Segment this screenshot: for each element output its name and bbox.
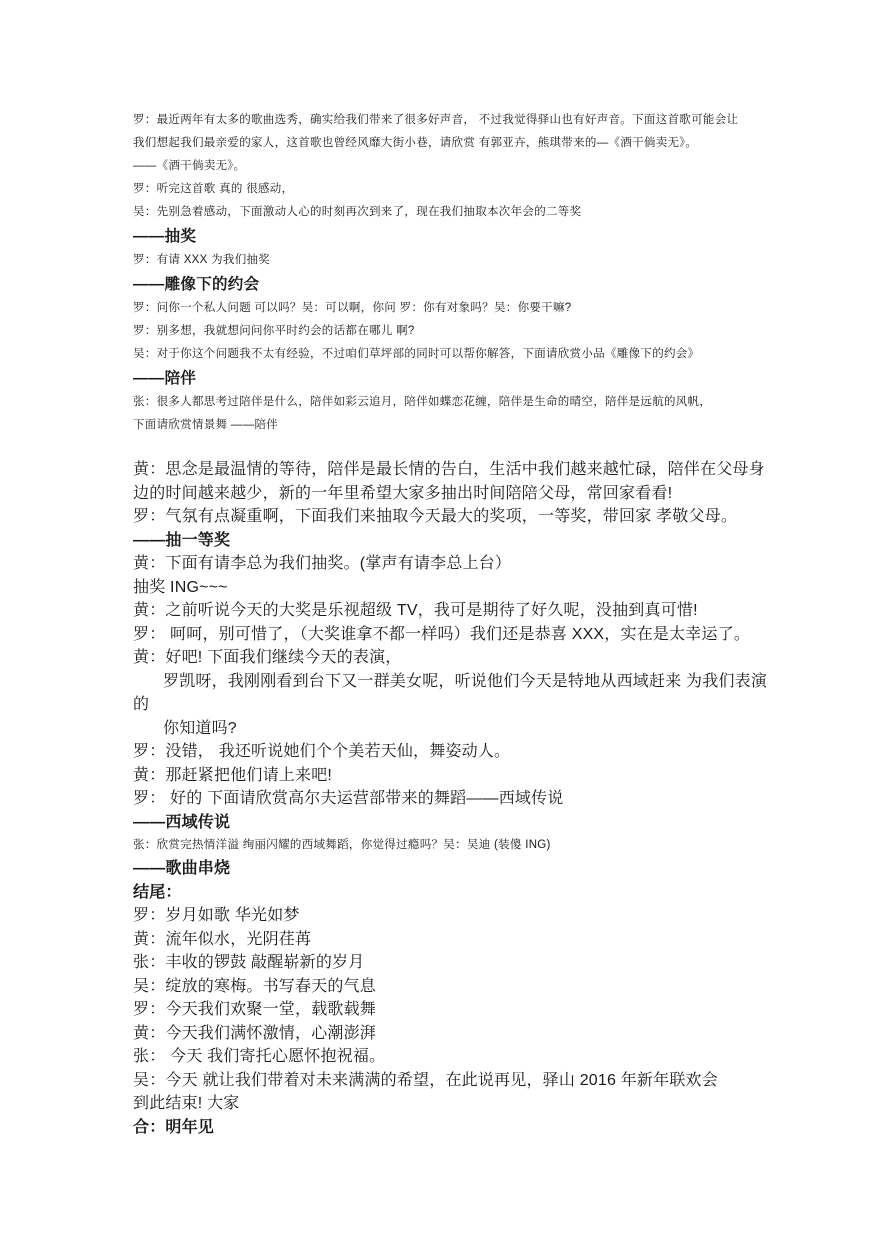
script-line: 吴：绽放的寒梅。书写春天的气息 (133, 975, 833, 999)
script-line: 张：丰收的锣鼓 敲醒崭新的岁月 (133, 951, 833, 975)
script-line: 罗：别多想，我就想问问你平时约会的话都在哪儿 啊? (133, 320, 833, 343)
script-line: 罗： 呵呵，别可惜了，（大奖谁拿不都一样吗）我们还是恭喜 XXX，实在是太幸运了… (133, 623, 833, 647)
script-line: 抽奖 ING~~~ (133, 576, 833, 600)
script-line: 黄：好吧! 下面我们继续今天的表演， (133, 646, 833, 670)
script-heading-line: 合：明年见 (133, 1116, 833, 1140)
script-heading-line: ——雕像下的约会 (133, 272, 833, 297)
script-line: 张： 今天 我们寄托心愿怀抱祝福。 (133, 1045, 833, 1069)
script-line: 罗：最近两年有太多的歌曲选秀，确实给我们带来了很多好声音， 不过我觉得驿山也有好… (133, 109, 833, 132)
script-line: 下面请欣赏情景舞 ——陪伴 (133, 414, 833, 437)
script-heading-line: ——歌曲串烧 (133, 857, 833, 881)
script-line: 的 (133, 693, 833, 717)
script-line: 罗： 好的 下面请欣赏高尔夫运营部带来的舞蹈——西域传说 (133, 787, 833, 811)
script-line: 吴：今天 就让我们带着对未来满满的希望，在此说再见，驿山 2016 年新年联欢会 (133, 1069, 833, 1093)
script-line: 张：很多人都思考过陪伴是什么，陪伴如彩云追月，陪伴如蝶恋花缠，陪伴是生命的晴空，… (133, 391, 833, 414)
script-heading-line: 结尾： (133, 881, 833, 905)
script-line: 罗：今天我们欢聚一堂，载歌载舞 (133, 998, 833, 1022)
script-line: 罗：没错， 我还听说她们个个美若天仙，舞姿动人。 (133, 740, 833, 764)
script-line: 黄：流年似水，光阴荏苒 (133, 928, 833, 952)
script-line: 黄：之前听说今天的大奖是乐视超级 TV，我可是期待了好久呢，没抽到真可惜! (133, 599, 833, 623)
script-line: 黄：那赶紧把他们请上来吧! (133, 764, 833, 788)
script-line: 黄：今天我们满怀激情，心潮澎湃 (133, 1022, 833, 1046)
section-gap (133, 437, 833, 458)
script-line: 到此结束! 大家 (133, 1092, 833, 1116)
script-heading-line: ——抽一等奖 (133, 529, 833, 553)
script-line: 你知道吗? (133, 717, 833, 741)
script-heading-line: ——陪伴 (133, 366, 833, 391)
script-line: 罗：有请 XXX 为我们抽奖 (133, 249, 833, 272)
script-line: 张：欣赏完热情洋溢 绚丽闪耀的西域舞蹈，你觉得过瘾吗？吴：吴迪 (装傻 ING) (133, 834, 833, 857)
script-line: 罗：听完这首歌 真的 很感动， (133, 178, 833, 201)
script-heading-line: ——西域传说 (133, 811, 833, 835)
document-page: 罗：最近两年有太多的歌曲选秀，确实给我们带来了很多好声音， 不过我觉得驿山也有好… (0, 0, 884, 1250)
script-line: 我们想起我们最亲爱的家人，这首歌也曾经风靡大街小巷，请欣赏 有郭亚卉，熊琪带来的… (133, 132, 833, 155)
script-line: 罗：气氛有点凝重啊，下面我们来抽取今天最大的奖项，一等奖，带回家 孝敬父母。 (133, 505, 833, 529)
script-line: 黄：下面有请李总为我们抽奖。(掌声有请李总上台） (133, 552, 833, 576)
script-content: 罗：最近两年有太多的歌曲选秀，确实给我们带来了很多好声音， 不过我觉得驿山也有好… (133, 109, 833, 1139)
script-line: 罗凯呀，我刚刚看到台下又一群美女呢，听说他们今天是特地从西域赶来 为我们表演 (133, 670, 833, 694)
script-line: 罗：问你一个私人问题 可以吗？吴：可以啊，你问 罗：你有对象吗？吴：你要干嘛? (133, 297, 833, 320)
script-line: 吴：对于你这个问题我不太有经验，不过咱们草坪部的同时可以帮你解答，下面请欣赏小品… (133, 343, 833, 366)
script-line: ——《酒干倘卖无》。 (133, 155, 833, 178)
script-line: 黄：思念是最温情的等待，陪伴是最长情的告白，生活中我们越来越忙碌，陪伴在父母身 (133, 458, 833, 482)
script-line: 吴：先别急着感动，下面激动人心的时刻再次到来了，现在我们抽取本次年会的二等奖 (133, 201, 833, 224)
script-line: 边的时间越来越少，新的一年里希望大家多抽出时间陪陪父母，常回家看看! (133, 482, 833, 506)
script-heading-line: ——抽奖 (133, 224, 833, 249)
script-line: 罗：岁月如歌 华光如梦 (133, 904, 833, 928)
